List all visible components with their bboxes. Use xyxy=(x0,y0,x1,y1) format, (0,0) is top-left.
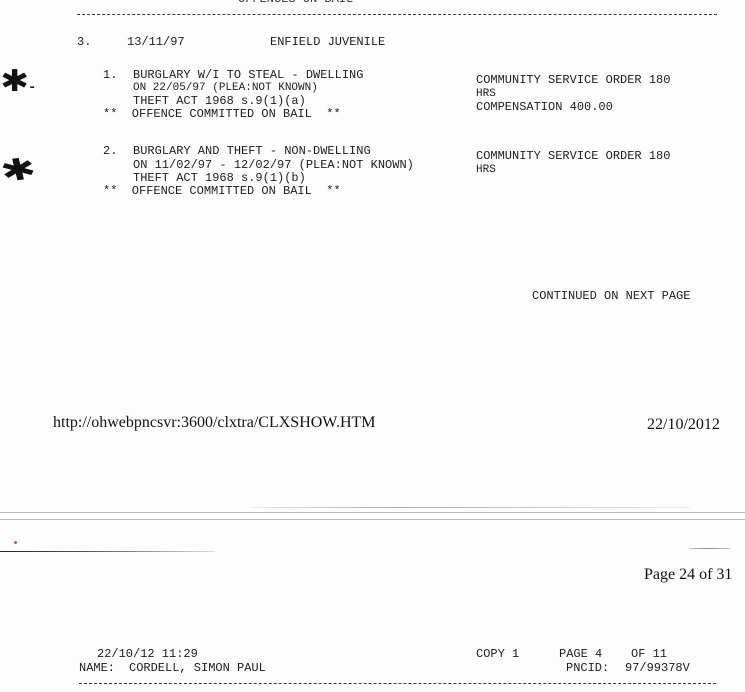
copy-number: COPY 1 xyxy=(476,648,519,661)
scan-speck xyxy=(14,541,17,544)
pncid-label: PNCID: xyxy=(566,662,609,675)
name-value: CORDELL, SIMON PAUL xyxy=(129,662,266,675)
report-timestamp: 22/10/12 11:29 xyxy=(97,648,198,661)
offence-1-number: 1. xyxy=(103,69,117,82)
offence-1-result-3: COMPENSATION 400.00 xyxy=(476,101,613,114)
offence-2-bail-flag: ** OFFENCE COMMITTED ON BAIL ** xyxy=(103,185,341,198)
offence-2-title: BURGLARY AND THEFT - NON-DWELLING xyxy=(133,145,371,158)
conviction-number: 3. xyxy=(77,36,91,49)
offence-2-result-1: COMMUNITY SERVICE ORDER 180 xyxy=(476,150,670,163)
handwritten-asterisk-icon: ✱ xyxy=(0,67,29,97)
cut-off-heading: OFFENCES ON BAIL xyxy=(238,0,353,6)
offence-2-number: 2. xyxy=(103,145,117,158)
handwritten-dash-mark: - xyxy=(28,82,36,95)
page-break-rule-top xyxy=(0,512,745,513)
conviction-date: 13/11/97 xyxy=(127,36,185,49)
faint-dashed-line xyxy=(0,551,215,552)
offence-1-bail-flag: ** OFFENCE COMMITTED ON BAIL ** xyxy=(103,108,341,121)
faint-mark xyxy=(690,548,730,549)
continued-on-next-page: CONTINUED ON NEXT PAGE xyxy=(532,290,690,303)
pncid-value: 97/99378V xyxy=(625,662,690,675)
offence-2-result-2: HRS xyxy=(476,164,496,177)
report-page-total: OF 11 xyxy=(631,648,667,661)
conviction-court: ENFIELD JUVENILE xyxy=(270,36,385,49)
page-counter: Page 24 of 31 xyxy=(644,566,732,584)
printed-date: 22/10/2012 xyxy=(647,416,720,434)
handwritten-asterisk-icon: ✱ xyxy=(0,154,40,188)
offence-1-title: BURGLARY W/I TO STEAL - DWELLING xyxy=(133,69,363,82)
report-page: PAGE 4 xyxy=(559,648,602,661)
page-break-rule-bottom xyxy=(0,519,745,520)
printed-url: http://ohwebpncsvr:3600/clxtra/CLXSHOW.H… xyxy=(53,414,376,432)
name-label: NAME: xyxy=(79,662,115,675)
top-dashed-separator xyxy=(77,14,717,15)
offence-1-result-1: COMMUNITY SERVICE ORDER 180 xyxy=(476,74,670,87)
bottom-dashed-separator xyxy=(79,683,716,684)
scan-smudge xyxy=(250,507,690,508)
